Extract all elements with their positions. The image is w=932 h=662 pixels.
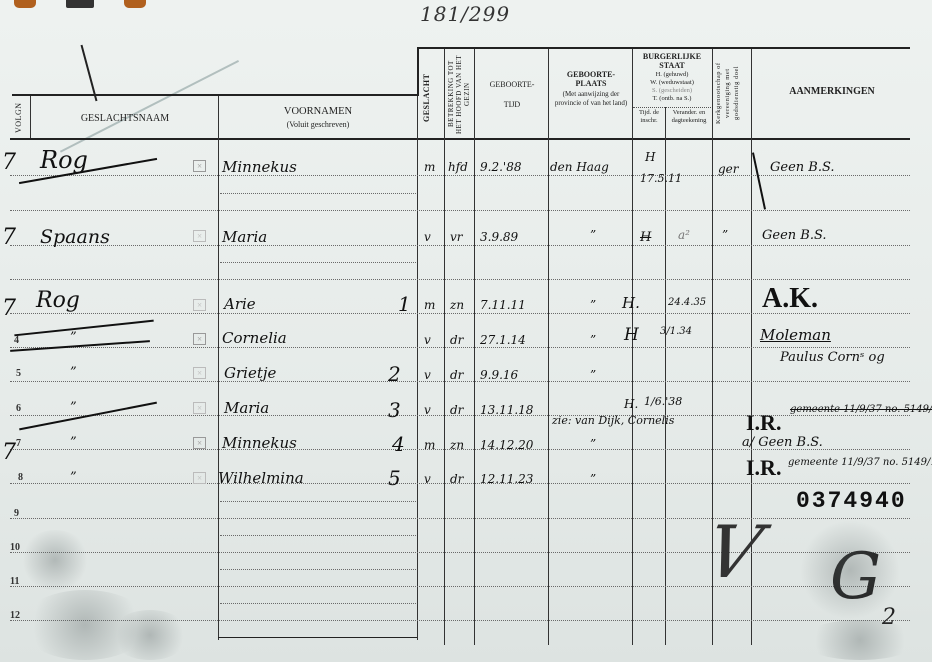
birth-date: 9.2.'88 [480,160,521,174]
checkbox[interactable]: × [193,402,206,414]
row-rule [10,586,910,587]
col-header-geboorteplaats-2: PLAATS [550,79,632,88]
remarks-paulus: Paulus Cornˢ og [780,350,885,365]
child-number: 5 [388,466,401,490]
birth-place: zie: van Dijk, Cornelis [552,414,674,427]
row-rule [220,603,416,604]
code-t: T. (ontb. na S.) [633,95,711,103]
row-number: 8 [18,472,23,483]
relation: vr [450,230,463,244]
given-name: Maria [224,399,269,417]
remarks-a-geen: a/ Geen B.S. [742,435,823,450]
row-number: 4 [14,335,19,346]
col-header-voornamen: VOORNAMEN [220,106,416,117]
church: ger [718,162,739,176]
stain [20,530,90,590]
birth-place: ” [590,472,596,486]
sex: v [424,230,431,244]
relation: dr [450,368,463,382]
relation: dr [450,403,463,417]
birth-date: 9.9.16 [480,368,518,382]
sex: m [424,160,435,174]
row-rule [10,279,910,280]
civil-status: H [640,230,651,245]
row-mark-icon: 7 [2,296,16,321]
civil-date: 3/1.34 [660,326,692,337]
row-rule [220,535,416,536]
birth-date: 27.1.14 [480,333,526,347]
civil-date: 17.5.11 [640,172,682,185]
col-rule [665,107,666,645]
strike-line [10,340,150,351]
birth-place: ” [590,298,596,312]
sex: m [424,438,435,452]
child-number: 4 [392,432,405,456]
col-header-kerkgenootschap: Kerkgenootschap of vereeniging met godsd… [714,50,750,136]
header-step-rule [417,47,419,95]
row-rule [220,569,416,570]
given-name: Arie [224,295,256,313]
sex: v [424,368,431,382]
birth-place: den Haag [550,160,609,174]
surname-ditto: ” [70,470,77,485]
checkbox[interactable]: × [193,299,206,311]
row-rule [10,210,910,211]
row-rule [220,501,416,502]
viewer-toolbar [14,0,146,8]
col-header-geboortetijd-2: TIJD [476,100,548,109]
child-number: 3 [388,398,401,422]
code-s: S. (gescheiden) [633,87,711,95]
row-mark-icon: 7 [2,150,16,175]
row-rule [10,347,910,348]
birth-date: 14.12.20 [480,438,533,452]
birth-date: 13.11.18 [480,403,533,417]
stain [800,620,920,660]
relation: dr [450,333,463,347]
row-mark-icon: 7 [2,225,16,250]
given-name: Wilhelmina [218,469,304,487]
col-header-geslachtsnaam: GESLACHTSNAAM [34,113,216,124]
header-top-rule [418,47,910,49]
viewer-button-icon[interactable] [14,0,36,8]
checkbox[interactable]: × [193,230,206,242]
archive-number: 0374940 [796,488,907,514]
col-header-betrekking: BETREKKING TOT HET HOOFD VAN HET GEZIN [447,52,473,136]
reference-number: 181/299 [420,2,510,26]
row-number: 10 [10,542,20,553]
sex: m [424,298,435,312]
checkbox[interactable]: × [193,437,206,449]
church: ” [722,228,728,242]
surname: Spaans [40,226,110,248]
birth-date: 7.11.11 [480,298,526,312]
relation: dr [450,472,463,486]
burgerlijke-split-rule [633,107,711,108]
relation: zn [450,438,464,452]
ir-stamp-1: I.R. [746,410,781,436]
strike-line [14,320,153,336]
birth-place: ” [590,437,596,451]
col-header-burgerlijke-1: BURGERLIJKE [633,52,711,61]
col-rule [417,96,418,640]
civil-status: H. [622,294,640,312]
col-rule [218,96,219,640]
col-header-geboortetijd-1: GEBOORTE- [476,80,548,89]
sex: v [424,403,431,417]
civil-status: H. [624,397,638,411]
col-rule [30,96,31,138]
surname-ditto: ” [70,400,77,415]
code-w: W. (weduwstaat) [633,79,711,87]
civil-status: H [645,150,655,164]
row-number: 6 [16,403,21,414]
given-name: Maria [222,228,267,246]
ir-note-2: gemeente 11/9/37 no. 5149/1328 [788,457,932,468]
box-bottom-rule [218,637,417,638]
ir-note-1: gemeente 11/9/37 no. 5149/1328 [790,404,932,415]
row-number: 12 [10,610,20,621]
row-rule [10,518,910,519]
col-header-geboorteplaats-1: GEBOORTE- [550,70,632,79]
row-mark-icon: 7 [2,440,16,465]
surname-ditto: ” [70,330,77,345]
sex: v [424,333,431,347]
col-header-geslacht: GESLACHT [422,60,440,136]
code-h: H. (gehuwd) [633,71,711,79]
surname-ditto: ” [70,435,77,450]
given-name: Cornelia [222,329,287,347]
civil-date: 1/6.'38 [644,395,682,408]
col-header-aanmerkingen: AANMERKINGEN [754,86,910,97]
child-number: 2 [388,362,401,386]
col-header-burgerlijke-tijd: Tijd. de inschr. [633,109,665,125]
row-number: 9 [14,508,19,519]
row-number: 5 [16,368,21,379]
stain [110,610,190,660]
col-header-burgerlijke-2: STAAT [633,61,711,70]
birth-place: ” [590,228,596,242]
birth-date: 12.11.23 [480,472,533,486]
stain [800,520,900,620]
pen-stroke [752,152,766,209]
row-rule [10,552,910,553]
birth-place: ” [590,368,596,382]
checkbox[interactable]: × [193,367,206,379]
checkbox[interactable]: × [193,160,206,172]
row-rule [10,245,910,246]
civil-status: H [624,325,639,345]
row-number: 11 [10,576,19,587]
check-mark-icon: V [699,510,769,594]
header-left-rule [12,94,419,96]
given-name: Minnekus [222,158,297,176]
birth-place: ” [590,333,596,347]
col-header-burgerlijke-verander: Verander. en dagteekening [667,109,711,125]
given-name: Minnekus [222,434,297,452]
row-number: 7 [16,438,21,449]
relation: hfd [448,160,468,174]
row-rule [220,262,416,263]
col-header-burgerlijke-codes: H. (gehuwd) W. (weduwstaat) S. (gescheid… [633,71,711,103]
sex: v [424,472,431,486]
surname-ditto: ” [70,365,77,380]
checkbox[interactable]: × [193,472,206,484]
remarks: Geen B.S. [770,160,835,175]
civil-date: 24.4.35 [668,297,706,308]
surname: Rog [40,146,88,174]
col-header-geboorteplaats-sub: (Met aanwijzing der provincie of van het… [552,90,630,108]
header-bottom-rule [10,138,910,140]
civil-date-faded: a² [678,228,690,242]
surname: Rog [36,288,80,313]
child-number: 1 [398,292,411,316]
viewer-grid-icon[interactable] [124,0,146,8]
remarks: Geen B.S. [762,228,827,243]
col-header-voornamen-sub: (Voluit geschreven) [220,120,416,129]
birth-date: 3.9.89 [480,230,518,244]
checkbox[interactable]: × [193,333,206,345]
row-rule [10,175,910,176]
given-name: Grietje [224,364,276,382]
ak-stamp: A.K. [762,283,818,315]
col-header-volgnr: VOLGN [14,100,26,136]
remarks-moleman: Moleman [760,326,831,344]
ir-stamp-2: I.R. [746,455,781,481]
viewer-book-icon[interactable] [66,0,94,8]
relation: zn [450,298,464,312]
row-rule [220,193,416,194]
pen-stroke [81,45,98,102]
registry-card: 181/299 VOLGN GESLACHTSNAAM VOORNAMEN (V… [0,0,932,662]
